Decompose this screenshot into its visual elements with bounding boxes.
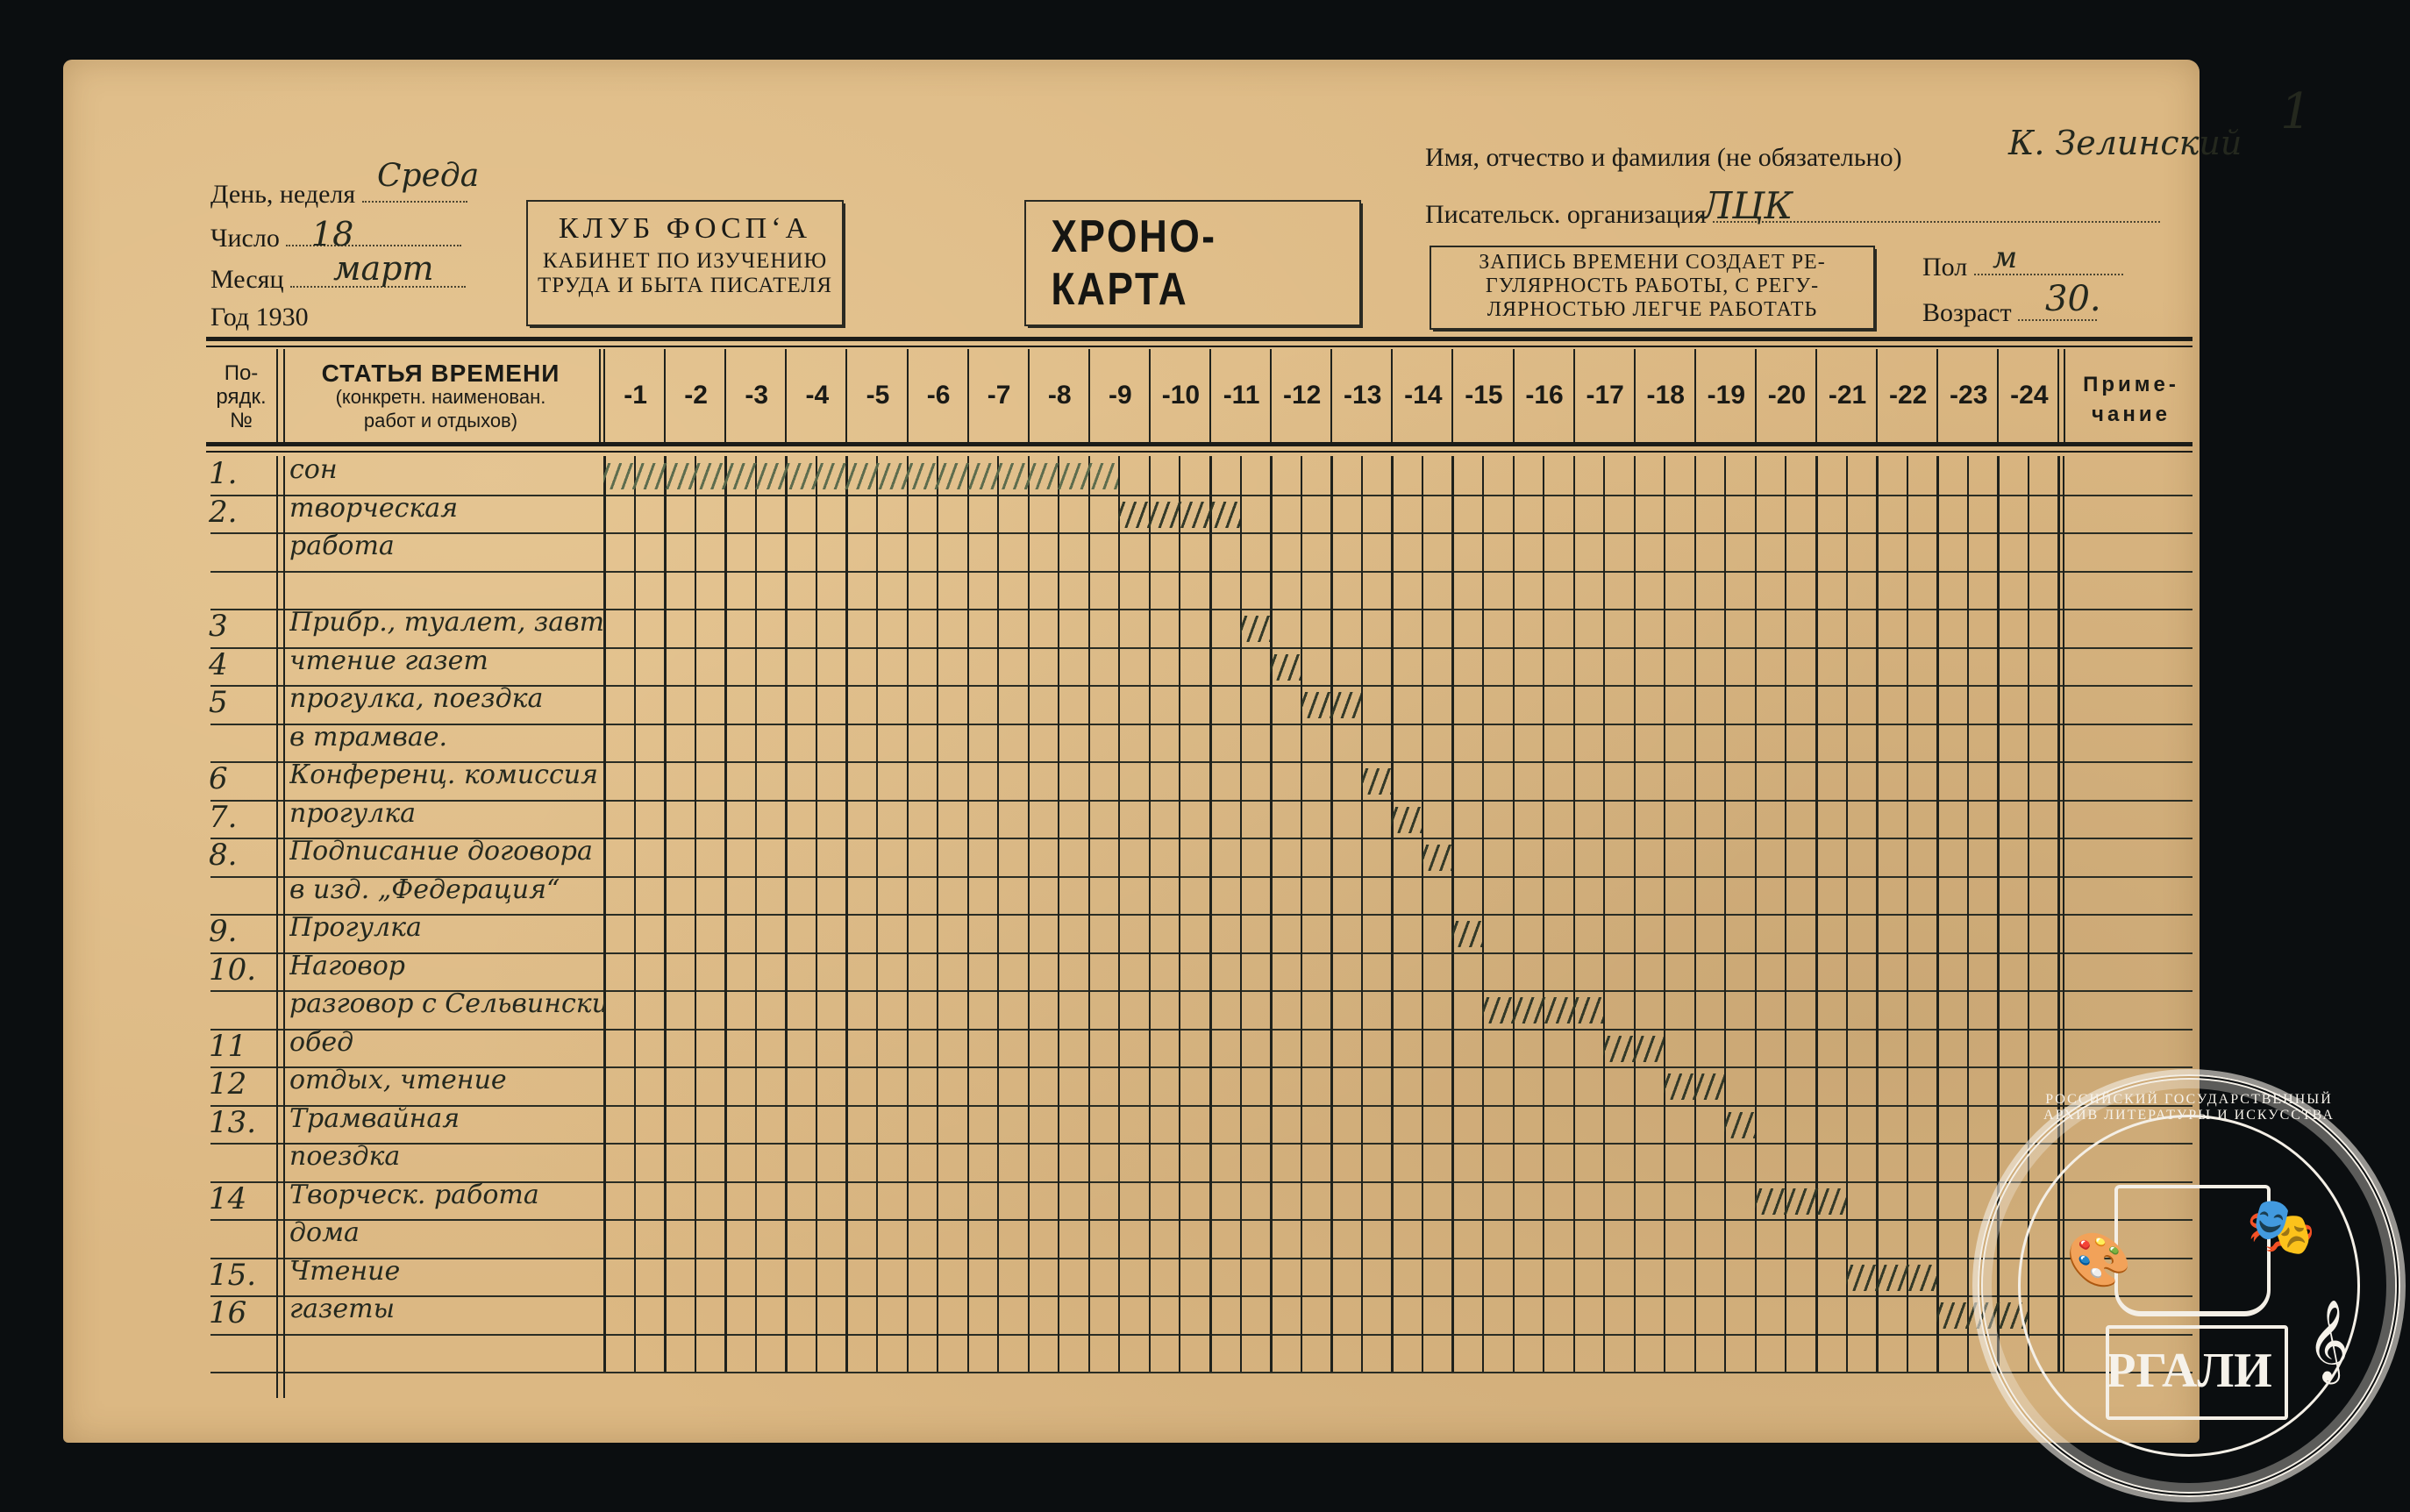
grid-column-line — [1876, 456, 1879, 1372]
row-activity-text: Трамвайная — [289, 1103, 460, 1134]
activity-bar — [1603, 1036, 1664, 1062]
grid-row-line — [210, 571, 2193, 573]
grid-column-line — [1694, 456, 1697, 1372]
grid-column-line — [1058, 456, 1059, 1372]
row-activity-text: Прибр., туалет, завтрак — [289, 607, 605, 638]
activity-bar — [1301, 692, 1361, 718]
grid-column-line — [1330, 456, 1333, 1372]
activity-bar — [1391, 807, 1422, 833]
grid-column-line — [967, 456, 970, 1372]
grid-row-line — [210, 1105, 2193, 1107]
grid-column-line — [1513, 456, 1515, 1372]
row-activity-text: газеты — [289, 1294, 395, 1324]
grid-column-line — [907, 456, 909, 1372]
grid-row-line — [210, 1143, 2193, 1145]
row-activity-text: в изд. „Федерация“ — [289, 874, 560, 905]
row-activity-text: прогулка, поездка — [289, 683, 543, 714]
grid-row-line — [210, 952, 2193, 954]
grid-row-line — [210, 1295, 2193, 1297]
row-activity-text: Подписание договора — [289, 836, 593, 867]
grid-column-line — [1179, 456, 1180, 1372]
grid-column-line — [1634, 456, 1636, 1372]
grid-column-line — [1482, 456, 1484, 1372]
activity-bar — [1482, 997, 1603, 1023]
theatre-mask-icon: 🎭 — [2246, 1194, 2316, 1259]
grid-column-line — [1240, 456, 1242, 1372]
row-number: 2. — [209, 495, 237, 530]
grid-column-line — [1391, 456, 1394, 1372]
grid-column-line — [1846, 456, 1848, 1372]
grid-column-line — [937, 456, 938, 1372]
grid-column-line — [816, 456, 817, 1372]
row-number: 1. — [209, 456, 237, 491]
grid-row-line — [210, 495, 2193, 496]
row-number: 10. — [209, 952, 256, 988]
grid-column-line — [876, 456, 878, 1372]
row-number: 3 — [209, 609, 228, 644]
row-activity-text: разговор с Сельвинским — [289, 988, 605, 1019]
grid-column-line — [664, 456, 667, 1372]
activity-bar — [1451, 921, 1482, 947]
grid-column-line — [1664, 456, 1665, 1372]
grid-column-line — [1451, 456, 1454, 1372]
grid-row-line — [210, 1334, 2193, 1336]
grid-column-line — [845, 456, 848, 1372]
grid-column-line — [1573, 456, 1576, 1372]
grid-row-line — [210, 724, 2193, 725]
grid-column-line — [1422, 456, 1423, 1372]
activity-bar — [1422, 845, 1452, 871]
row-activity-text: творческая — [289, 493, 458, 524]
activity-bar — [1118, 502, 1239, 528]
grid-column-line — [785, 456, 788, 1372]
grid-divider — [283, 456, 285, 1398]
grid-column-line — [1361, 456, 1363, 1372]
row-activity-text: Чтение — [289, 1256, 400, 1287]
activity-bar — [1240, 616, 1271, 642]
palette-icon: 🎨 — [2066, 1229, 2132, 1291]
grid-column-line — [695, 456, 696, 1372]
grid-column-line — [1967, 456, 1969, 1372]
row-number: 5 — [209, 685, 228, 720]
seal-arc-text: РОССИЙСКИЙ ГОСУДАРСТВЕННЫЙ АРХИВ ЛИТЕРАТ… — [1983, 1092, 2395, 1123]
row-number: 13. — [209, 1105, 256, 1140]
rgali-archive-seal: РОССИЙСКИЙ ГОСУДАРСТВЕННЫЙ АРХИВ ЛИТЕРАТ… — [1978, 1074, 2400, 1497]
grid-column-line — [1936, 456, 1939, 1372]
row-activity-text: отдых, чтение — [289, 1065, 507, 1095]
grid-column-line — [634, 456, 636, 1372]
grid-column-line — [997, 456, 999, 1372]
grid-column-line — [1270, 456, 1273, 1372]
grid-row-line — [210, 1372, 2193, 1373]
row-number: 7. — [209, 800, 237, 835]
row-number: 6 — [209, 761, 228, 796]
row-activity-text: поездка — [289, 1141, 400, 1172]
row-number: 8. — [209, 838, 237, 873]
row-activity-text: работа — [289, 531, 395, 561]
grid-column-line — [1603, 456, 1605, 1372]
row-activity-text: дома — [289, 1217, 360, 1248]
row-activity-text: Творческ. работа — [289, 1180, 539, 1210]
row-number: 4 — [209, 647, 228, 682]
row-number: 16 — [209, 1295, 246, 1330]
row-activity-text: обед — [289, 1027, 353, 1058]
grid-column-line — [603, 456, 606, 1372]
row-number: 12 — [209, 1066, 246, 1102]
grid-row-line — [210, 914, 2193, 916]
grid-row-line — [210, 647, 2193, 649]
row-number: 15. — [209, 1258, 256, 1293]
activity-bar — [1846, 1265, 1937, 1291]
row-activity-text: Наговор — [289, 951, 405, 981]
grid-row-line — [210, 532, 2193, 534]
grid-divider — [276, 456, 278, 1398]
activity-bar — [1724, 1112, 1755, 1138]
row-activity-text: в трамвае. — [289, 722, 447, 752]
grid-column-line — [1815, 456, 1818, 1372]
row-activity-text: чтение газет — [289, 645, 488, 676]
grid-column-line — [1088, 456, 1091, 1372]
row-number: 14 — [209, 1181, 246, 1216]
row-activity-text: сон — [289, 454, 338, 485]
row-number: 9. — [209, 914, 237, 949]
row-number: 11 — [209, 1029, 246, 1064]
grid-row-line — [210, 1066, 2193, 1068]
grid-column-line — [1907, 456, 1908, 1372]
grid-column-line — [1118, 456, 1120, 1372]
activity-bar — [603, 463, 1118, 489]
grid-column-line — [1028, 456, 1030, 1372]
grid-row-line — [210, 1258, 2193, 1259]
grid-column-line — [1755, 456, 1758, 1372]
treble-clef-icon: 𝄞 — [2307, 1299, 2349, 1381]
activity-bar — [1270, 654, 1301, 681]
grid-column-line — [1149, 456, 1152, 1372]
grid-column-line — [1724, 456, 1726, 1372]
row-activity-text: прогулка — [289, 798, 416, 829]
grid-column-line — [1209, 456, 1212, 1372]
grid-column-line — [1543, 456, 1544, 1372]
activity-bar — [1755, 1188, 1846, 1215]
grid-row-line — [210, 800, 2193, 802]
grid-column-line — [1301, 456, 1302, 1372]
grid-column-line — [724, 456, 727, 1372]
row-activity-text: Прогулка — [289, 912, 422, 943]
row-activity-text: Конференц. комиссия — [289, 760, 598, 790]
grid-column-line — [755, 456, 757, 1372]
grid-column-line — [1785, 456, 1786, 1372]
grid-row-line — [210, 1029, 2193, 1031]
grid-row-line — [210, 1219, 2193, 1221]
activity-bar — [1361, 768, 1392, 795]
activity-bar — [1664, 1073, 1724, 1100]
